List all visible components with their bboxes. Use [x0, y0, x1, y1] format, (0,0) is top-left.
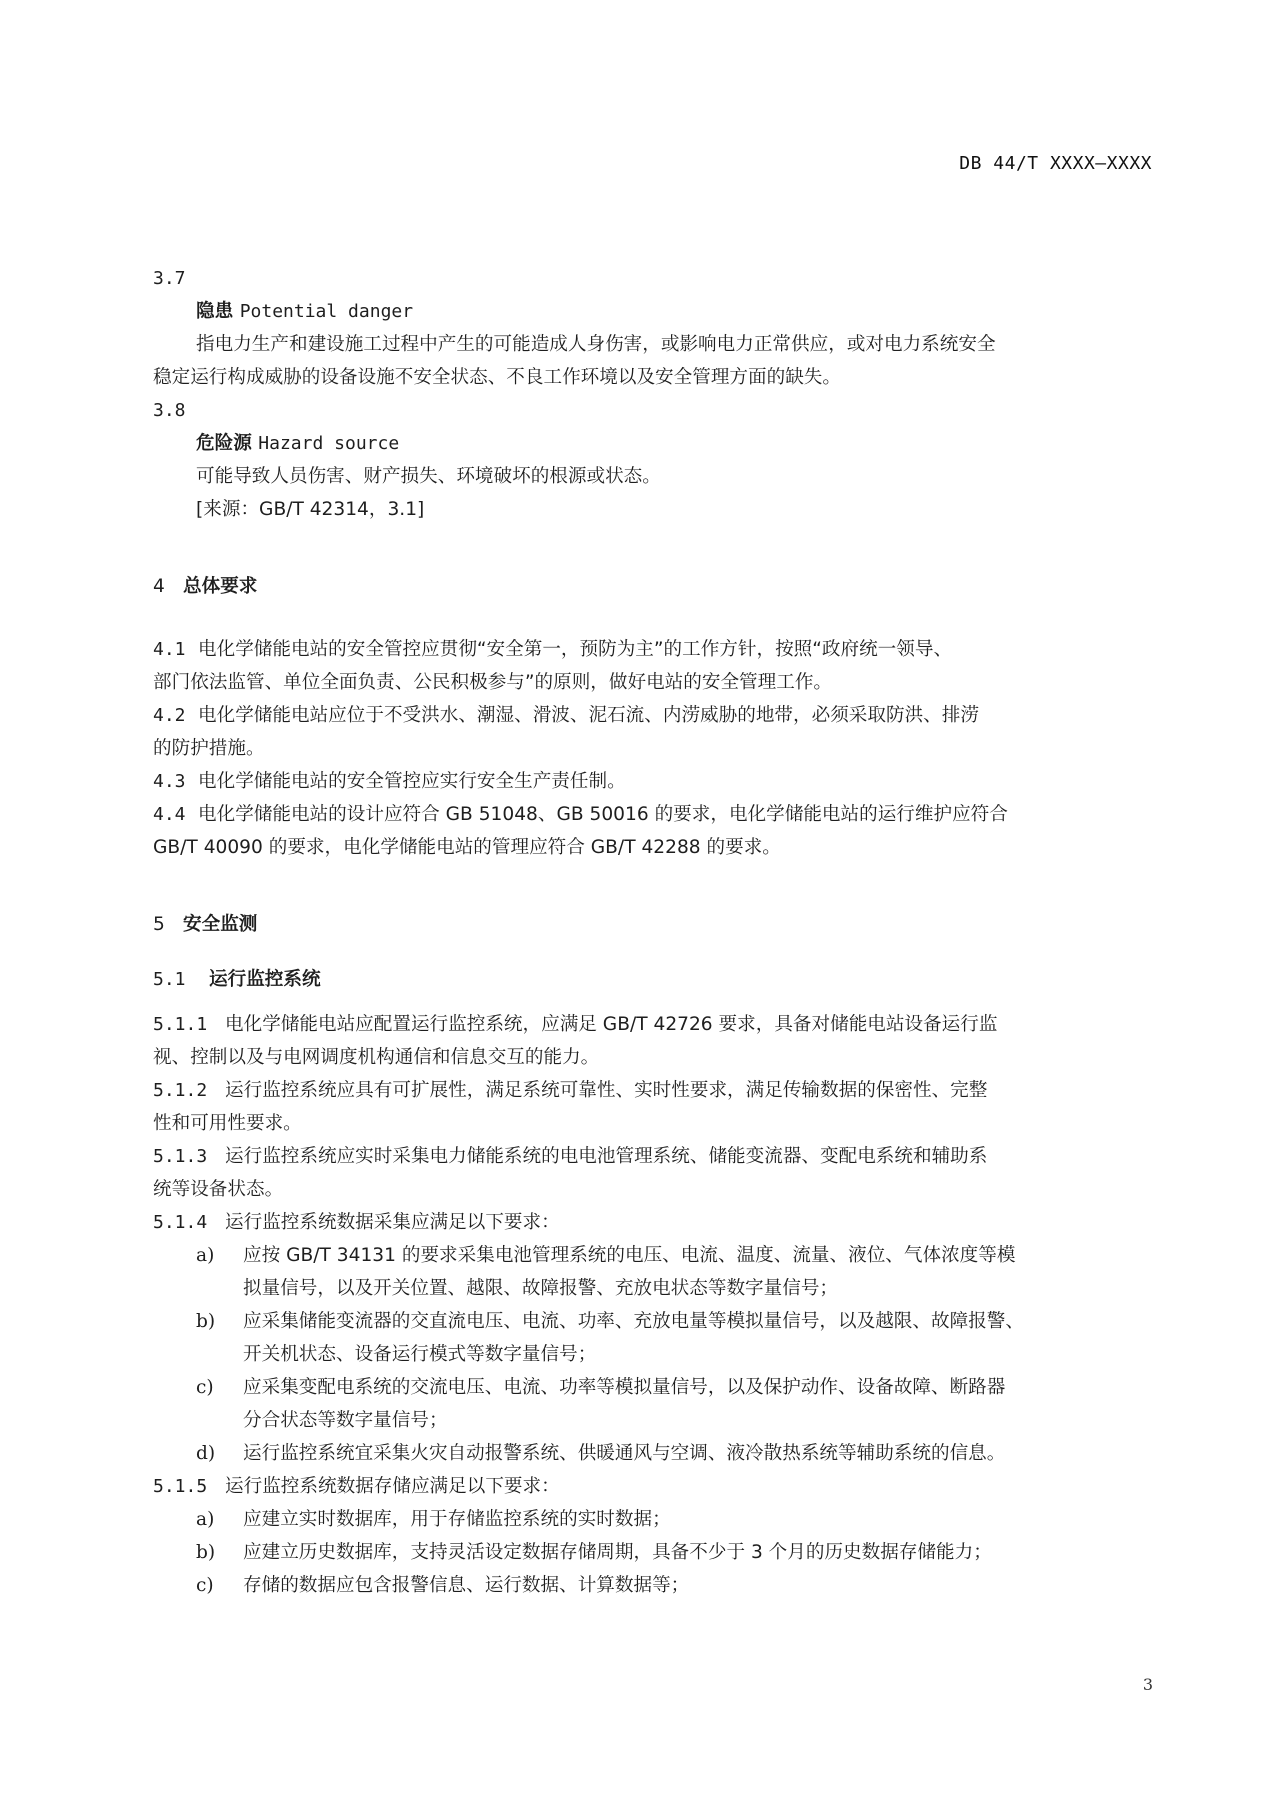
clause-4-3: 4.3电化学储能电站的安全管控应实行安全生产责任制。	[153, 765, 1153, 798]
chapter-title: 总体要求	[183, 576, 257, 597]
clause-line: 视、控制以及与电网调度机构通信和信息交互的能力。	[153, 1041, 1153, 1074]
term-source: [来源：GB/T 42314，3.1]	[153, 493, 1153, 526]
list-item: b)应建立历史数据库，支持灵活设定数据存储周期，具备不少于 3 个月的历史数据存…	[153, 1536, 1153, 1569]
clause-4-4: 4.4电化学储能电站的设计应符合 GB 51048、GB 50016 的要求，电…	[153, 798, 1153, 831]
clause-5-1-1: 5.1.1电化学储能电站应配置运行监控系统，应满足 GB/T 42726 要求，…	[153, 1008, 1153, 1041]
clause-5-1-2: 5.1.2运行监控系统应具有可扩展性，满足系统可靠性、实时性要求，满足传输数据的…	[153, 1074, 1153, 1107]
term-title-en: Hazard source	[258, 433, 399, 454]
clause-line: 统等设备状态。	[153, 1173, 1153, 1206]
term-title: 隐患 Potential danger	[153, 295, 1153, 328]
document-body: 3.7 隐患 Potential danger 指电力生产和建设施工过程中产生的…	[153, 262, 1153, 1602]
list-item-continuation: 开关机状态、设备运行模式等数字量信号；	[153, 1338, 1153, 1371]
clause-line: 部门依法监管、单位全面负责、公民积极参与”的原则，做好电站的安全管理工作。	[153, 666, 1153, 699]
section-number: 5.1	[153, 963, 209, 996]
term-title-en: Potential danger	[240, 301, 413, 322]
list-item-continuation: 拟量信号，以及开关位置、越限、故障报警、充放电状态等数字量信号；	[153, 1272, 1153, 1305]
chapter-heading: 5安全监测	[153, 908, 1153, 941]
term-title: 危险源 Hazard source	[153, 427, 1153, 460]
term-number: 3.8	[153, 394, 1153, 427]
section-heading: 5.1运行监控系统	[153, 963, 1153, 996]
list-item-continuation: 分合状态等数字量信号；	[153, 1404, 1153, 1437]
chapter-number: 4	[153, 570, 183, 603]
term-number: 3.7	[153, 262, 1153, 295]
term-definition-line: 可能导致人员伤害、财产损失、环境破坏的根源或状态。	[153, 460, 1153, 493]
clause-5-1-4: 5.1.4运行监控系统数据采集应满足以下要求：	[153, 1206, 1153, 1239]
list-item: b)应采集储能变流器的交直流电压、电流、功率、充放电量等模拟量信号，以及越限、故…	[153, 1305, 1153, 1338]
term-definition-line: 稳定运行构成威胁的设备设施不安全状态、不良工作环境以及安全管理方面的缺失。	[153, 361, 1153, 394]
clause-5-1-5: 5.1.5运行监控系统数据存储应满足以下要求：	[153, 1470, 1153, 1503]
list-item: d)运行监控系统宜采集火灾自动报警系统、供暖通风与空调、液冷散热系统等辅助系统的…	[153, 1437, 1153, 1470]
clause-4-2: 4.2电化学储能电站应位于不受洪水、潮湿、滑波、泥石流、内涝威胁的地带，必须采取…	[153, 699, 1153, 732]
term-definition-line: 指电力生产和建设施工过程中产生的可能造成人身伤害，或影响电力正常供应，或对电力系…	[153, 328, 1153, 361]
clause-5-1-3: 5.1.3运行监控系统应实时采集电力储能系统的电电池管理系统、储能变流器、变配电…	[153, 1140, 1153, 1173]
list-item: c)应采集变配电系统的交流电压、电流、功率等模拟量信号，以及保护动作、设备故障、…	[153, 1371, 1153, 1404]
clause-line: GB/T 40090 的要求，电化学储能电站的管理应符合 GB/T 42288 …	[153, 831, 1153, 864]
chapter-title: 安全监测	[183, 914, 257, 935]
clause-line: 性和可用性要求。	[153, 1107, 1153, 1140]
page-number: 3	[1143, 1675, 1153, 1694]
term-title-zh: 危险源	[196, 433, 252, 454]
clause-line: 的防护措施。	[153, 732, 1153, 765]
list-item: c)存储的数据应包含报警信息、运行数据、计算数据等；	[153, 1569, 1153, 1602]
chapter-heading: 4总体要求	[153, 570, 1153, 603]
list-item: a)应建立实时数据库，用于存储监控系统的实时数据；	[153, 1503, 1153, 1536]
chapter-number: 5	[153, 908, 183, 941]
term-title-zh: 隐患	[196, 301, 233, 322]
document-page: DB 44/T XXXX—XXXX 3.7 隐患 Potential dange…	[0, 0, 1280, 1810]
clause-4-1: 4.1电化学储能电站的安全管控应贯彻“安全第一，预防为主”的工作方针，按照“政府…	[153, 633, 1153, 666]
list-item: a)应按 GB/T 34131 的要求采集电池管理系统的电压、电流、温度、流量、…	[153, 1239, 1153, 1272]
section-title: 运行监控系统	[209, 969, 321, 990]
document-code-header: DB 44/T XXXX—XXXX	[959, 153, 1152, 174]
